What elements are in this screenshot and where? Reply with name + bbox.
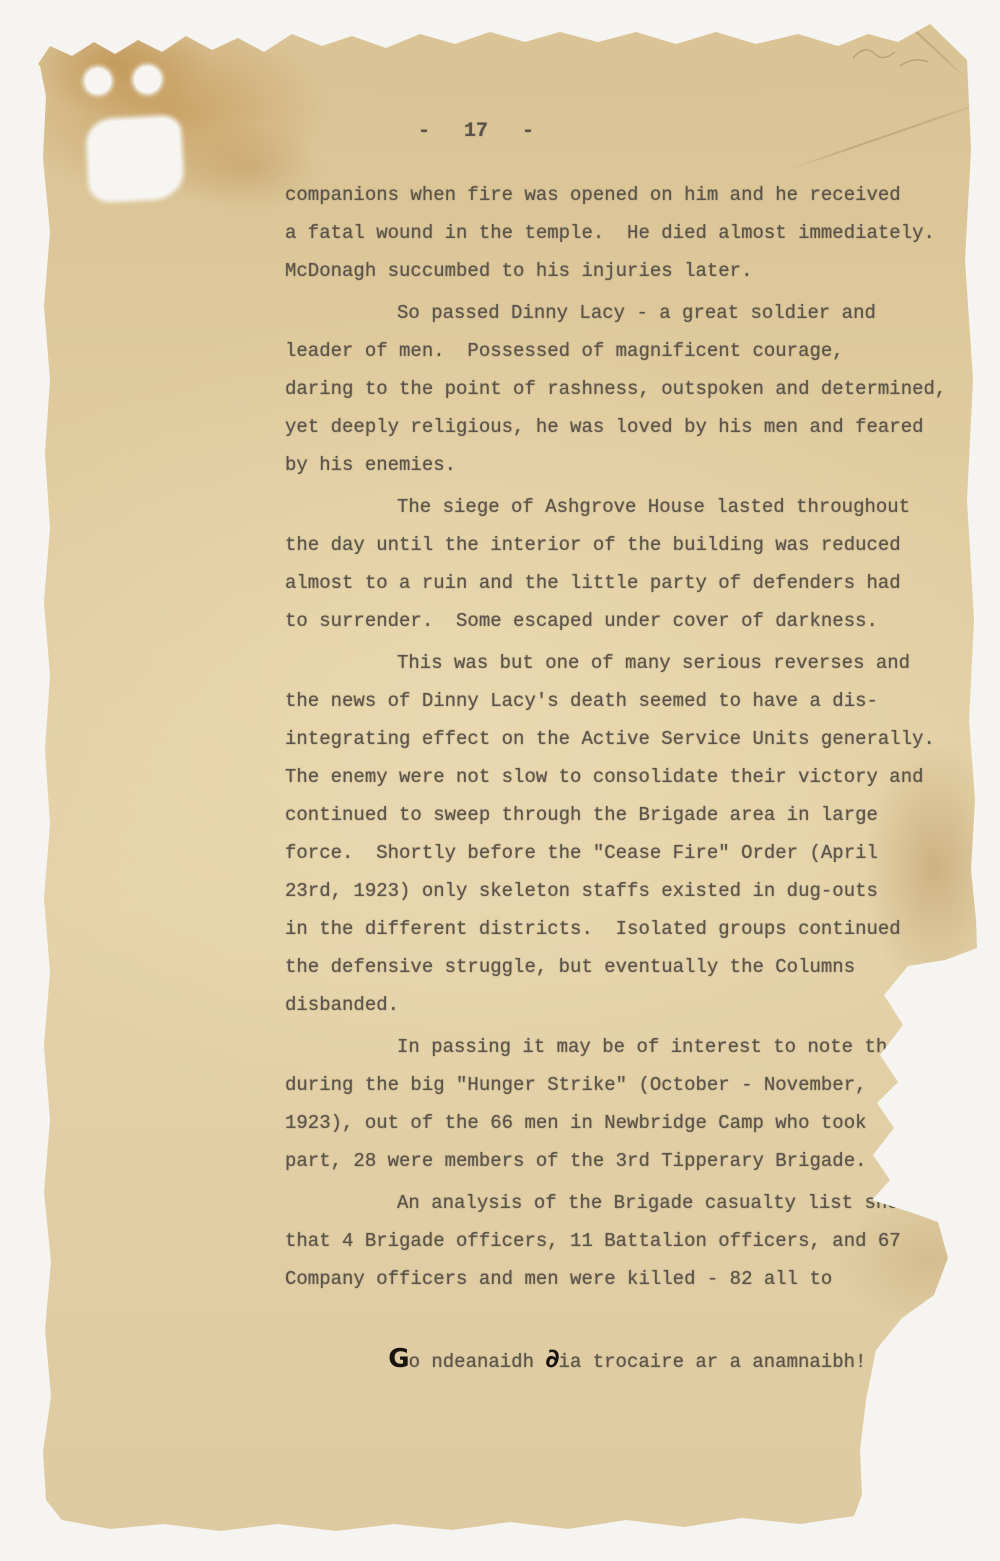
text-line: by his enemies.	[285, 446, 975, 484]
text-line: An analysis of the Brigade casualty list…	[285, 1184, 975, 1222]
handwritten-letter-d: ∂	[545, 1344, 558, 1374]
paragraph: In passing it may be of interest to note…	[285, 1028, 975, 1180]
spacer	[488, 120, 522, 143]
text-line: companions when fire was opened on him a…	[285, 176, 975, 214]
document-page: -17- companions when fire was opened on …	[0, 0, 1000, 1561]
scan-background: -17- companions when fire was opened on …	[0, 0, 1000, 1561]
text-line: daring to the point of rashness, outspok…	[285, 370, 975, 408]
torn-white-patch	[88, 118, 182, 201]
handwritten-letter-g: G	[388, 1344, 408, 1374]
paragraph: This was but one of many serious reverse…	[285, 644, 975, 1024]
text-line: integrating effect on the Active Service…	[285, 720, 975, 758]
text-line: the news of Dinny Lacy's death seemed to…	[285, 682, 975, 720]
text-line: disbanded.	[285, 986, 975, 1024]
text-line: 1923), out of the 66 men in Newbridge Ca…	[285, 1104, 975, 1142]
page-number-header: -17-	[418, 120, 534, 143]
text-line: 23rd, 1923) only skeleton staffs existed…	[285, 872, 975, 910]
text-line: almost to a ruin and the little party of…	[285, 564, 975, 602]
text-line: part, 28 were members of the 3rd Tippera…	[285, 1142, 975, 1180]
page-number: 17	[464, 120, 488, 143]
text-line: force. Shortly before the "Cease Fire" O…	[285, 834, 975, 872]
text-line: yet deeply religious, he was loved by hi…	[285, 408, 975, 446]
crease-line	[790, 98, 994, 170]
text-line: during the big "Hunger Strike" (October …	[285, 1066, 975, 1104]
text-line: the day until the interior of the buildi…	[285, 526, 975, 564]
paragraph: The siege of Ashgrove House lasted throu…	[285, 488, 975, 640]
pencil-mark	[845, 28, 955, 78]
page-number-dash: -	[522, 120, 534, 143]
text-line: leader of men. Possessed of magnificent …	[285, 332, 975, 370]
text-line: to surrender. Some escaped under cover o…	[285, 602, 975, 640]
text-line: Company officers and men were killed - 8…	[285, 1260, 975, 1298]
text-line: In passing it may be of interest to note…	[285, 1028, 975, 1066]
text-line: a fatal wound in the temple. He died alm…	[285, 214, 975, 252]
text-line: McDonagh succumbed to his injuries later…	[285, 252, 975, 290]
punch-hole	[134, 66, 161, 93]
irish-blessing-line: Go ndeanaidh ∂ia trocaire ar a anamnaibh…	[285, 1302, 975, 1419]
paragraph: An analysis of the Brigade casualty list…	[285, 1184, 975, 1298]
text-line: that 4 Brigade officers, 11 Battalion of…	[285, 1222, 975, 1260]
text-line: This was but one of many serious reverse…	[285, 644, 975, 682]
text-line: The siege of Ashgrove House lasted throu…	[285, 488, 975, 526]
typed-text: o ndeanaidh	[409, 1351, 546, 1373]
spacer	[430, 120, 464, 143]
typewritten-text: companions when fire was opened on him a…	[285, 176, 975, 1419]
text-line: continued to sweep through the Brigade a…	[285, 796, 975, 834]
paragraph: companions when fire was opened on him a…	[285, 176, 975, 290]
text-line: in the different districts. Isolated gro…	[285, 910, 975, 948]
punch-hole	[85, 68, 111, 94]
paragraph: So passed Dinny Lacy - a great soldier a…	[285, 294, 975, 484]
typed-text: ia trocaire ar a anamnaibh!	[559, 1351, 867, 1373]
text-line: The enemy were not slow to consolidate t…	[285, 758, 975, 796]
text-line: the defensive struggle, but eventually t…	[285, 948, 975, 986]
page-number-dash: -	[418, 120, 430, 143]
text-line: So passed Dinny Lacy - a great soldier a…	[285, 294, 975, 332]
